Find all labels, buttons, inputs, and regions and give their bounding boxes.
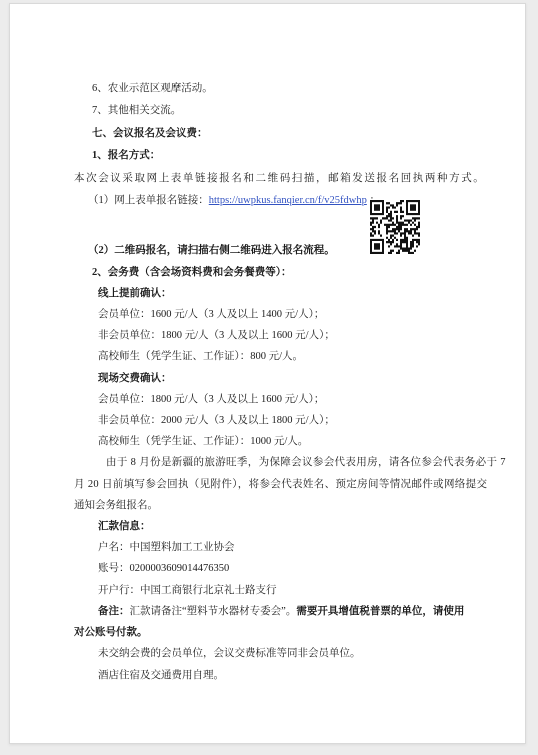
notice-line-1: 由于 8 月份是新疆的旅游旺季，为保障会议参会代表用房，请各位参会代表务必于 7 (74, 452, 489, 473)
registration-method-intro: 本次会议采取网上表单链接报名和二维码扫描，邮箱发送报名回执两种方式。 (74, 168, 489, 190)
onsite-student-fee: 高校师生（凭学生证、工作证）：1000 元/人。 (74, 431, 489, 452)
hotel-transport-note: 酒店住宿及交通费用自理。 (74, 665, 489, 686)
qr-registration-line: （2）二维码报名，请扫描右侧二维码进入报名流程。 (74, 240, 489, 261)
fee-heading: 2、会务费（含会场资料费和会务餐费等）： (74, 262, 489, 283)
online-member-fee: 会员单位：1600 元/人（3 人及以上 1400 元/人）； (74, 304, 489, 325)
notice-line-2: 月 20 日前填写参会回执（见附件），将参会代表姓名、预定房间等情况邮件或网络提… (74, 474, 489, 495)
remark-line: 备注：汇款请备注“塑料节水器材专委会”。需要开具增值税普票的单位，请使用 (74, 601, 489, 622)
remark-label: 备注： (98, 606, 130, 617)
section-heading-registration-and-fee: 七、会议报名及会议费： (74, 123, 489, 145)
agenda-item-6: 6、农业示范区观摩活动。 (74, 78, 489, 100)
registration-qr-code (370, 200, 420, 254)
registration-method-heading: 1、报名方式： (74, 145, 489, 167)
notice-line-3: 通知会务组报名。 (74, 495, 489, 516)
document-page: 6、农业示范区观摩活动。 7、其他相关交流。 七、会议报名及会议费： 1、报名方… (9, 3, 526, 744)
online-form-link-label: （1）网上表单报名链接： (88, 195, 209, 206)
online-student-fee: 高校师生（凭学生证、工作证）：800 元/人。 (74, 346, 489, 367)
qr-code-image (370, 200, 420, 254)
online-nonmember-fee: 非会员单位：1800 元/人（3 人及以上 1600 元/人）； (74, 325, 489, 346)
remark-continuation: 对公账号付款。 (74, 622, 489, 643)
onsite-member-fee: 会员单位：1800 元/人（3 人及以上 1600 元/人）； (74, 389, 489, 410)
agenda-item-7: 7、其他相关交流。 (74, 100, 489, 122)
registration-url-link[interactable]: https://uwpkus.fanqier.cn/f/v25fdwhp (209, 195, 367, 206)
remittance-bank: 开户行：中国工商银行北京礼士路支行 (74, 580, 489, 601)
online-confirm-heading: 线上提前确认： (74, 283, 489, 304)
remittance-account-number: 账号：0200003609014476350 (74, 558, 489, 579)
unpaid-member-note: 未交纳会费的会员单位，会议交费标准等同非会员单位。 (74, 643, 489, 664)
online-form-link-line: （1）网上表单报名链接：https://uwpkus.fanqier.cn/f/… (74, 190, 489, 212)
onsite-confirm-heading: 现场交费确认： (74, 368, 489, 389)
remittance-heading: 汇款信息： (74, 516, 489, 537)
remittance-account-name: 户名：中国塑料加工工业协会 (74, 537, 489, 558)
onsite-nonmember-fee: 非会员单位：2000 元/人（3 人及以上 1800 元/人）； (74, 410, 489, 431)
remark-text: 汇款请备注“塑料节水器材专委会”。 (130, 606, 297, 617)
remark-bold-text: 需要开具增值税普票的单位，请使用 (296, 606, 464, 617)
